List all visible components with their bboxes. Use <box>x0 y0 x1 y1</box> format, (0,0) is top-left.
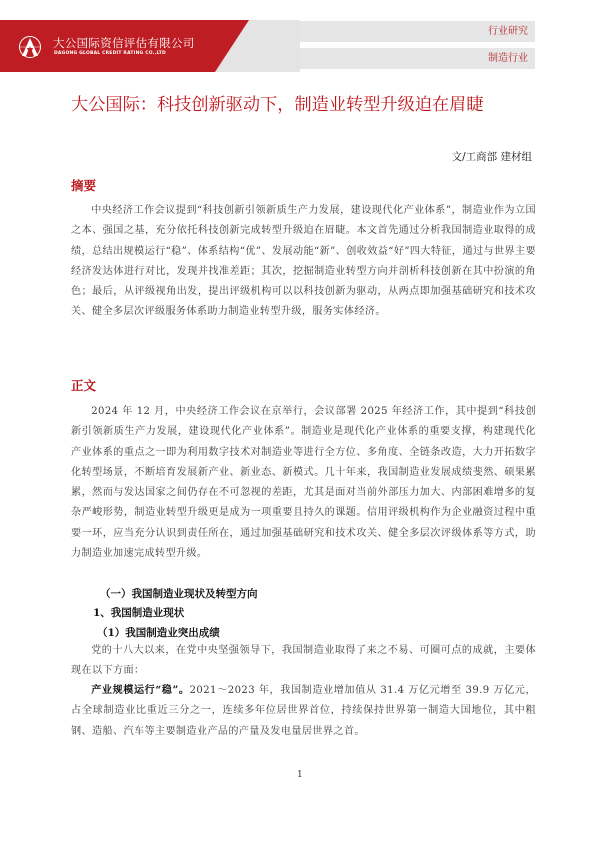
company-name-en: DAGONG GLOBAL CREDIT RATING CO.,LTD <box>54 51 166 56</box>
company-name-cn: 大公国际资信评估有限公司 <box>53 35 195 51</box>
dagong-logo-icon <box>18 35 42 59</box>
section-heading-1-1-1: （1）我国制造业突出成绩 <box>97 625 220 640</box>
tag-industry-research: 行业研究 <box>300 21 535 42</box>
page-number: 1 <box>297 770 303 780</box>
paragraph-lead: 产业规模运行“稳”。 <box>91 685 189 696</box>
body-intro-paragraph: 2024 年 12 月，中央经济工作会议在京举行，会议部署 2025 年经济工作… <box>71 402 536 564</box>
section-heading-1: （一）我国制造业现状及转型方向 <box>100 586 258 601</box>
document-title: 大公国际：科技创新驱动下，制造业转型升级迫在眉睫 <box>71 94 536 116</box>
abstract-text: 中央经济工作会议提到“科技创新引领新质生产力发展，建设现代化产业体系”，制造业作… <box>71 201 536 323</box>
paragraph-achievements: 党的十八大以来，在党中央坚强领导下，我国制造业取得了来之不易、可圈可点的成就，主… <box>71 641 536 682</box>
tag-manufacturing: 制造行业 <box>300 48 535 69</box>
body-heading: 正文 <box>71 376 96 394</box>
author-line: 文/工商部 建材组 <box>452 149 532 164</box>
paragraph-scale-stable: 产业规模运行“稳”。2021～2023 年，我国制造业增加值从 31.4 万亿元… <box>71 681 536 742</box>
abstract-heading: 摘要 <box>71 176 96 194</box>
section-heading-1-1: 1、我国制造业现状 <box>93 605 184 620</box>
